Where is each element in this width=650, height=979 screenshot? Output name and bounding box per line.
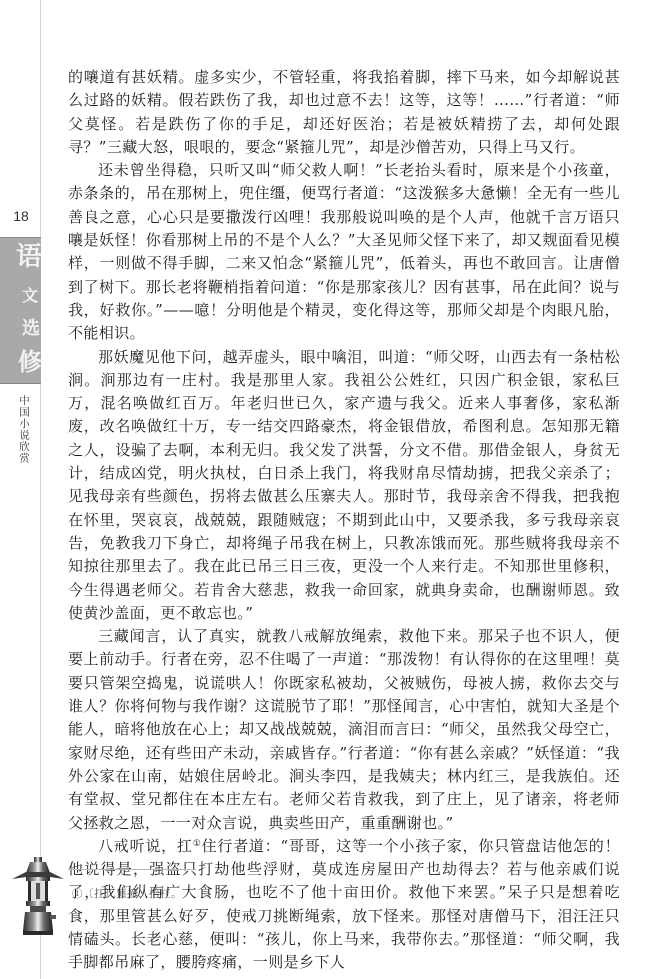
paragraph-rest: 住行者道：“哥哥，这等一个小孩子家，你只管盘诘他怎的！他说得是，强盗只打劫他些浮… [68,837,620,971]
body-text: 的嚷道有甚妖精。虚多实少，不管轻重，将我掐着脚，摔下马来，如今却解说甚么过路的妖… [68,66,620,975]
series-char: 语 [16,244,42,270]
series-char: 修 [18,350,42,374]
paragraph: 八戒听说，扛①住行者道：“哥哥，这等一个小孩子家，你只管盘诘他怎的！他说得是，强… [68,835,620,975]
margin-rule-upper [40,0,41,237]
footnote: ①〔扛〕顶撞、抬杠。 [72,886,182,901]
paragraph: 那妖魔见他下问，越弄虚头，眼中噙泪，叫道：“师父呀，山西去有一条枯松涧。涧那边有… [68,346,620,626]
footnote-divider [68,869,196,870]
series-label-block: 语 文 选 修 [0,237,41,384]
paragraph: 三藏闻言，认了真实，就教八戒解放绳索，救他下来。那呆子也不识人，便要上前动手。行… [68,625,620,835]
page-number: 18 [4,208,38,224]
paragraph: 的嚷道有甚妖精。虚多实少，不管轻重，将我掐着脚，摔下马来，如今却解说甚么过路的妖… [68,66,620,159]
series-char: 文 [22,288,38,304]
series-char: 选 [22,320,40,338]
oil-lantern-icon [10,857,66,935]
paragraph-lead: 八戒听说，扛 [98,837,193,855]
paragraph: 还未曾坐得稳，只听又叫“师父救人啊！”长老抬头看时，原来是个小孩童，赤条条的，吊… [68,159,620,345]
volume-title: 中国小说欣赏 [10,395,30,464]
footnote-reference[interactable]: ① [193,839,202,849]
